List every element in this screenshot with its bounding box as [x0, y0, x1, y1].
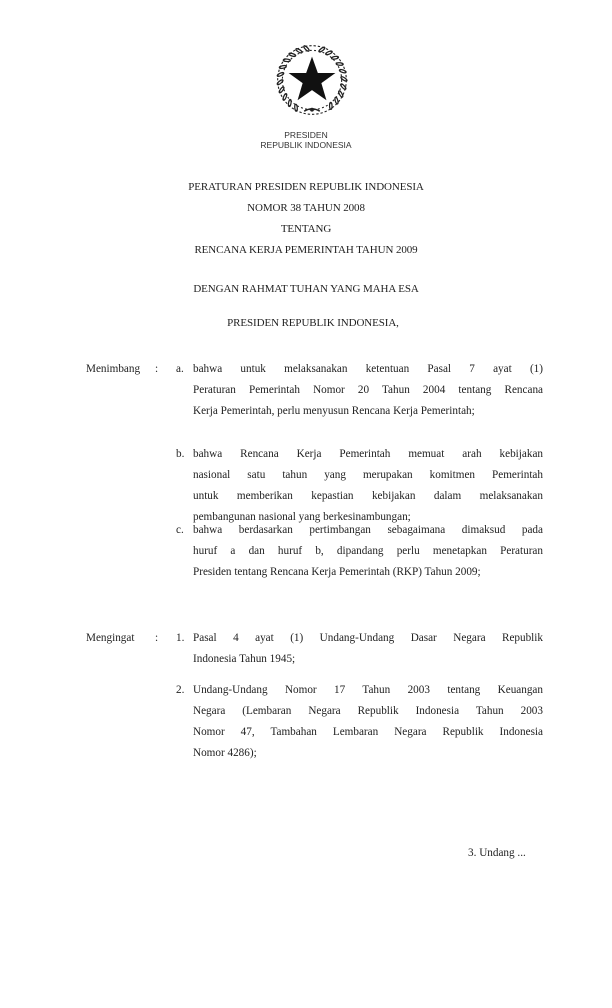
title-line-2: NOMOR 38 TAHUN 2008 [0, 198, 612, 219]
mengingat-item-line: Nomor 47, Tambahan Lembaran Negara Repub… [193, 722, 543, 743]
menimbang-item: bahwa Rencana Kerja Pemerintah memuat ar… [193, 444, 543, 528]
menimbang-item-marker: a. [176, 363, 184, 375]
issuer: PRESIDEN REPUBLIK INDONESIA, [0, 313, 612, 334]
issuer-text: PRESIDEN REPUBLIK INDONESIA, [14, 313, 612, 334]
letterhead-line-1: PRESIDEN [0, 130, 612, 140]
menimbang-item-marker: c. [176, 524, 184, 536]
invocation: DENGAN RAHMAT TUHAN YANG MAHA ESA [0, 279, 612, 300]
mengingat-colon: : [155, 632, 158, 644]
menimbang-item: bahwa berdasarkan pertimbangan sebagaima… [193, 520, 543, 583]
menimbang-item: bahwa untuk melaksanakan ketentuan Pasal… [193, 359, 543, 422]
mengingat-item: Undang-Undang Nomor 17 Tahun 2003 tentan… [193, 680, 543, 764]
page-continuation: 3. Undang ... [468, 847, 526, 859]
mengingat-item-marker: 2. [176, 684, 184, 696]
menimbang-item-line: huruf a dan huruf b, dipandang perlu men… [193, 541, 543, 562]
menimbang-item-line: nasional satu tahun yang merupakan komit… [193, 465, 543, 486]
menimbang-item-line: Kerja Pemerintah, perlu menyusun Rencana… [193, 401, 543, 422]
document-title: PERATURAN PRESIDEN REPUBLIK INDONESIA NO… [0, 177, 612, 261]
menimbang-item-line: untuk memberikan kepastian kebijakan dal… [193, 486, 543, 507]
mengingat-item-line: Undang-Undang Nomor 17 Tahun 2003 tentan… [193, 680, 543, 701]
menimbang-item-marker: b. [176, 448, 184, 460]
title-line-4: RENCANA KERJA PEMERINTAH TAHUN 2009 [0, 240, 612, 261]
mengingat-item-marker: 1. [176, 632, 184, 644]
invocation-text: DENGAN RAHMAT TUHAN YANG MAHA ESA [0, 279, 612, 300]
mengingat-item-line: Negara (Lembaran Negara Republik Indones… [193, 701, 543, 722]
menimbang-item-line: Peraturan Pemerintah Nomor 20 Tahun 2004… [193, 380, 543, 401]
menimbang-item-line: bahwa Rencana Kerja Pemerintah memuat ar… [193, 444, 543, 465]
menimbang-item-line: bahwa berdasarkan pertimbangan sebagaima… [193, 520, 543, 541]
presidential-emblem-icon [273, 41, 351, 119]
menimbang-item-line: bahwa untuk melaksanakan ketentuan Pasal… [193, 359, 543, 380]
mengingat-label: Mengingat [86, 632, 134, 644]
letterhead-line-2: REPUBLIK INDONESIA [0, 140, 612, 150]
menimbang-colon: : [155, 363, 158, 375]
mengingat-item-line: Nomor 4286); [193, 743, 543, 764]
mengingat-item: Pasal 4 ayat (1) Undang-Undang Dasar Neg… [193, 628, 543, 670]
title-line-3: TENTANG [0, 219, 612, 240]
title-line-1: PERATURAN PRESIDEN REPUBLIK INDONESIA [0, 177, 612, 198]
mengingat-item-line: Pasal 4 ayat (1) Undang-Undang Dasar Neg… [193, 628, 543, 649]
menimbang-label: Menimbang [86, 363, 140, 375]
mengingat-item-line: Indonesia Tahun 1945; [193, 649, 543, 670]
menimbang-item-line: Presiden tentang Rencana Kerja Pemerinta… [193, 562, 543, 583]
